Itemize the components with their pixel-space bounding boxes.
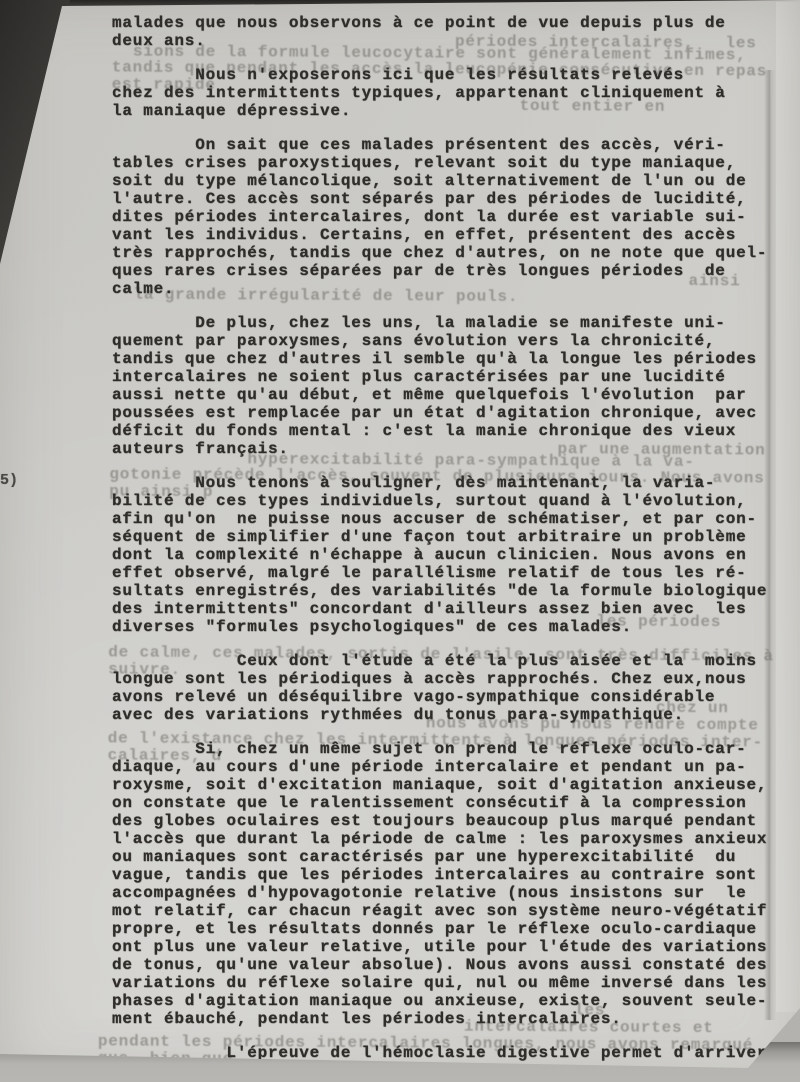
- text-line: ques rares crises séparées par de très l…: [112, 262, 788, 280]
- text-line: [112, 298, 788, 314]
- text-line: Nous tenons à souligner, dès maintenant,…: [112, 474, 788, 492]
- paper-right-edge: [776, 2, 800, 1012]
- text-line: l'accès que durant la période de calme :…: [112, 830, 788, 848]
- text-line: quement par paroxysmes, sans évolution v…: [112, 332, 788, 350]
- text-line: bilité de ces types individuels, surtout…: [112, 492, 788, 510]
- text-line: chez des intermittents typiques, apparte…: [112, 84, 788, 102]
- text-line: phases d'agitation maniaque ou anxieuse,…: [112, 992, 788, 1010]
- text-line: longue sont les périodiques à accès rapp…: [112, 670, 788, 688]
- text-line: roxysme, soit d'excitation maniaque, soi…: [112, 776, 788, 794]
- text-line: poussées est remplacée par un état d'agi…: [112, 404, 788, 422]
- text-line: déficit du fonds mental : c'est la manie…: [112, 422, 788, 440]
- text-line: des globes oculaires est toujours beauco…: [112, 812, 788, 830]
- text-line: la maniaque dépressive.: [112, 102, 788, 120]
- text-line: [112, 636, 788, 652]
- text-line: On sait que ces malades présentent des a…: [112, 136, 788, 154]
- text-line: malades que nous observons à ce point de…: [112, 14, 788, 32]
- text-line: afin qu'on ne puisse nous accuser de sch…: [112, 510, 788, 528]
- text-line: très rapprochés, tandis que chez d'autre…: [112, 244, 788, 262]
- text-line: ou maniaques sont caractérisés par une h…: [112, 848, 788, 866]
- text-line: de tonus, qu'une valeur absolue). Nous a…: [112, 956, 788, 974]
- text-line: on constate que le ralentissement conséc…: [112, 794, 788, 812]
- text-line: séquent de simplifier d'une façon tout a…: [112, 528, 788, 546]
- text-line: intercalaires ne soient plus caractérisé…: [112, 368, 788, 386]
- text-line: [112, 458, 788, 474]
- text-line: deux ans.: [112, 32, 788, 50]
- text-line: variations du réflexe solaire qui, nul o…: [112, 974, 788, 992]
- text-line: Nous n'exposerons ici que les résultats …: [112, 66, 788, 84]
- text-line: Ceux dont l'étude a été la plus aisée et…: [112, 652, 788, 670]
- text-line: Si, chez un même sujet on prend le réfle…: [112, 740, 788, 758]
- text-line: [112, 1028, 788, 1044]
- text-line: [112, 50, 788, 66]
- text-line: vant les individus. Certains, en effet, …: [112, 226, 788, 244]
- paper-sheet: périodes intercalaires, lessions de la f…: [0, 0, 800, 1082]
- scanned-document: { "document": { "kind": "typewritten man…: [0, 0, 800, 1082]
- text-line: l'autre. Ces accès sont séparés par des …: [112, 190, 788, 208]
- text-line: tables crises paroxystiques, relevant so…: [112, 154, 788, 172]
- text-line: propre, et les résultats donnés par le r…: [112, 920, 788, 938]
- text-line: auteurs français.: [112, 440, 788, 458]
- text-line: mot relatif, car chacun réagit avec son …: [112, 902, 788, 920]
- text-line: ment ébauché, pendant les périodes inter…: [112, 1010, 788, 1028]
- text-line: tandis que chez d'autres il semble qu'à …: [112, 350, 788, 368]
- text-line: effet observé, malgré le parallélisme re…: [112, 564, 788, 582]
- text-line: soit du type mélancolique, soit alternat…: [112, 172, 788, 190]
- text-line: ont plus une valeur relative, utile pour…: [112, 938, 788, 956]
- text-line: De plus, chez les uns, la maladie se man…: [112, 314, 788, 332]
- text-line: [112, 120, 788, 136]
- text-line: dont la complexité n'échappe à aucun cli…: [112, 546, 788, 564]
- text-line: avons relevé un déséquilibre vago-sympat…: [112, 688, 788, 706]
- text-line: sultats enregistrés, des variabilités "d…: [112, 582, 788, 600]
- text-line: diverses "formules psychologiques" de ce…: [112, 618, 788, 636]
- text-line: calme.: [112, 280, 788, 298]
- text-line: des intermittents" concordant d'ailleurs…: [112, 600, 788, 618]
- text-line: accompagnées d'hypovagotonie relative (n…: [112, 884, 788, 902]
- text-line: [112, 724, 788, 740]
- text-line: aussi nette qu'au début, et même quelque…: [112, 386, 788, 404]
- margin-note: 5): [0, 472, 18, 489]
- paper-fold-crease: [764, 70, 776, 1020]
- typed-text-block: malades que nous observons à ce point de…: [112, 14, 788, 1062]
- text-line: avec des variations rythmées du tonus pa…: [112, 706, 788, 724]
- text-line: diaque, au cours d'une période intercala…: [112, 758, 788, 776]
- text-line: vague, tandis que les périodes intercala…: [112, 866, 788, 884]
- text-line: dites périodes intercalaires, dont la du…: [112, 208, 788, 226]
